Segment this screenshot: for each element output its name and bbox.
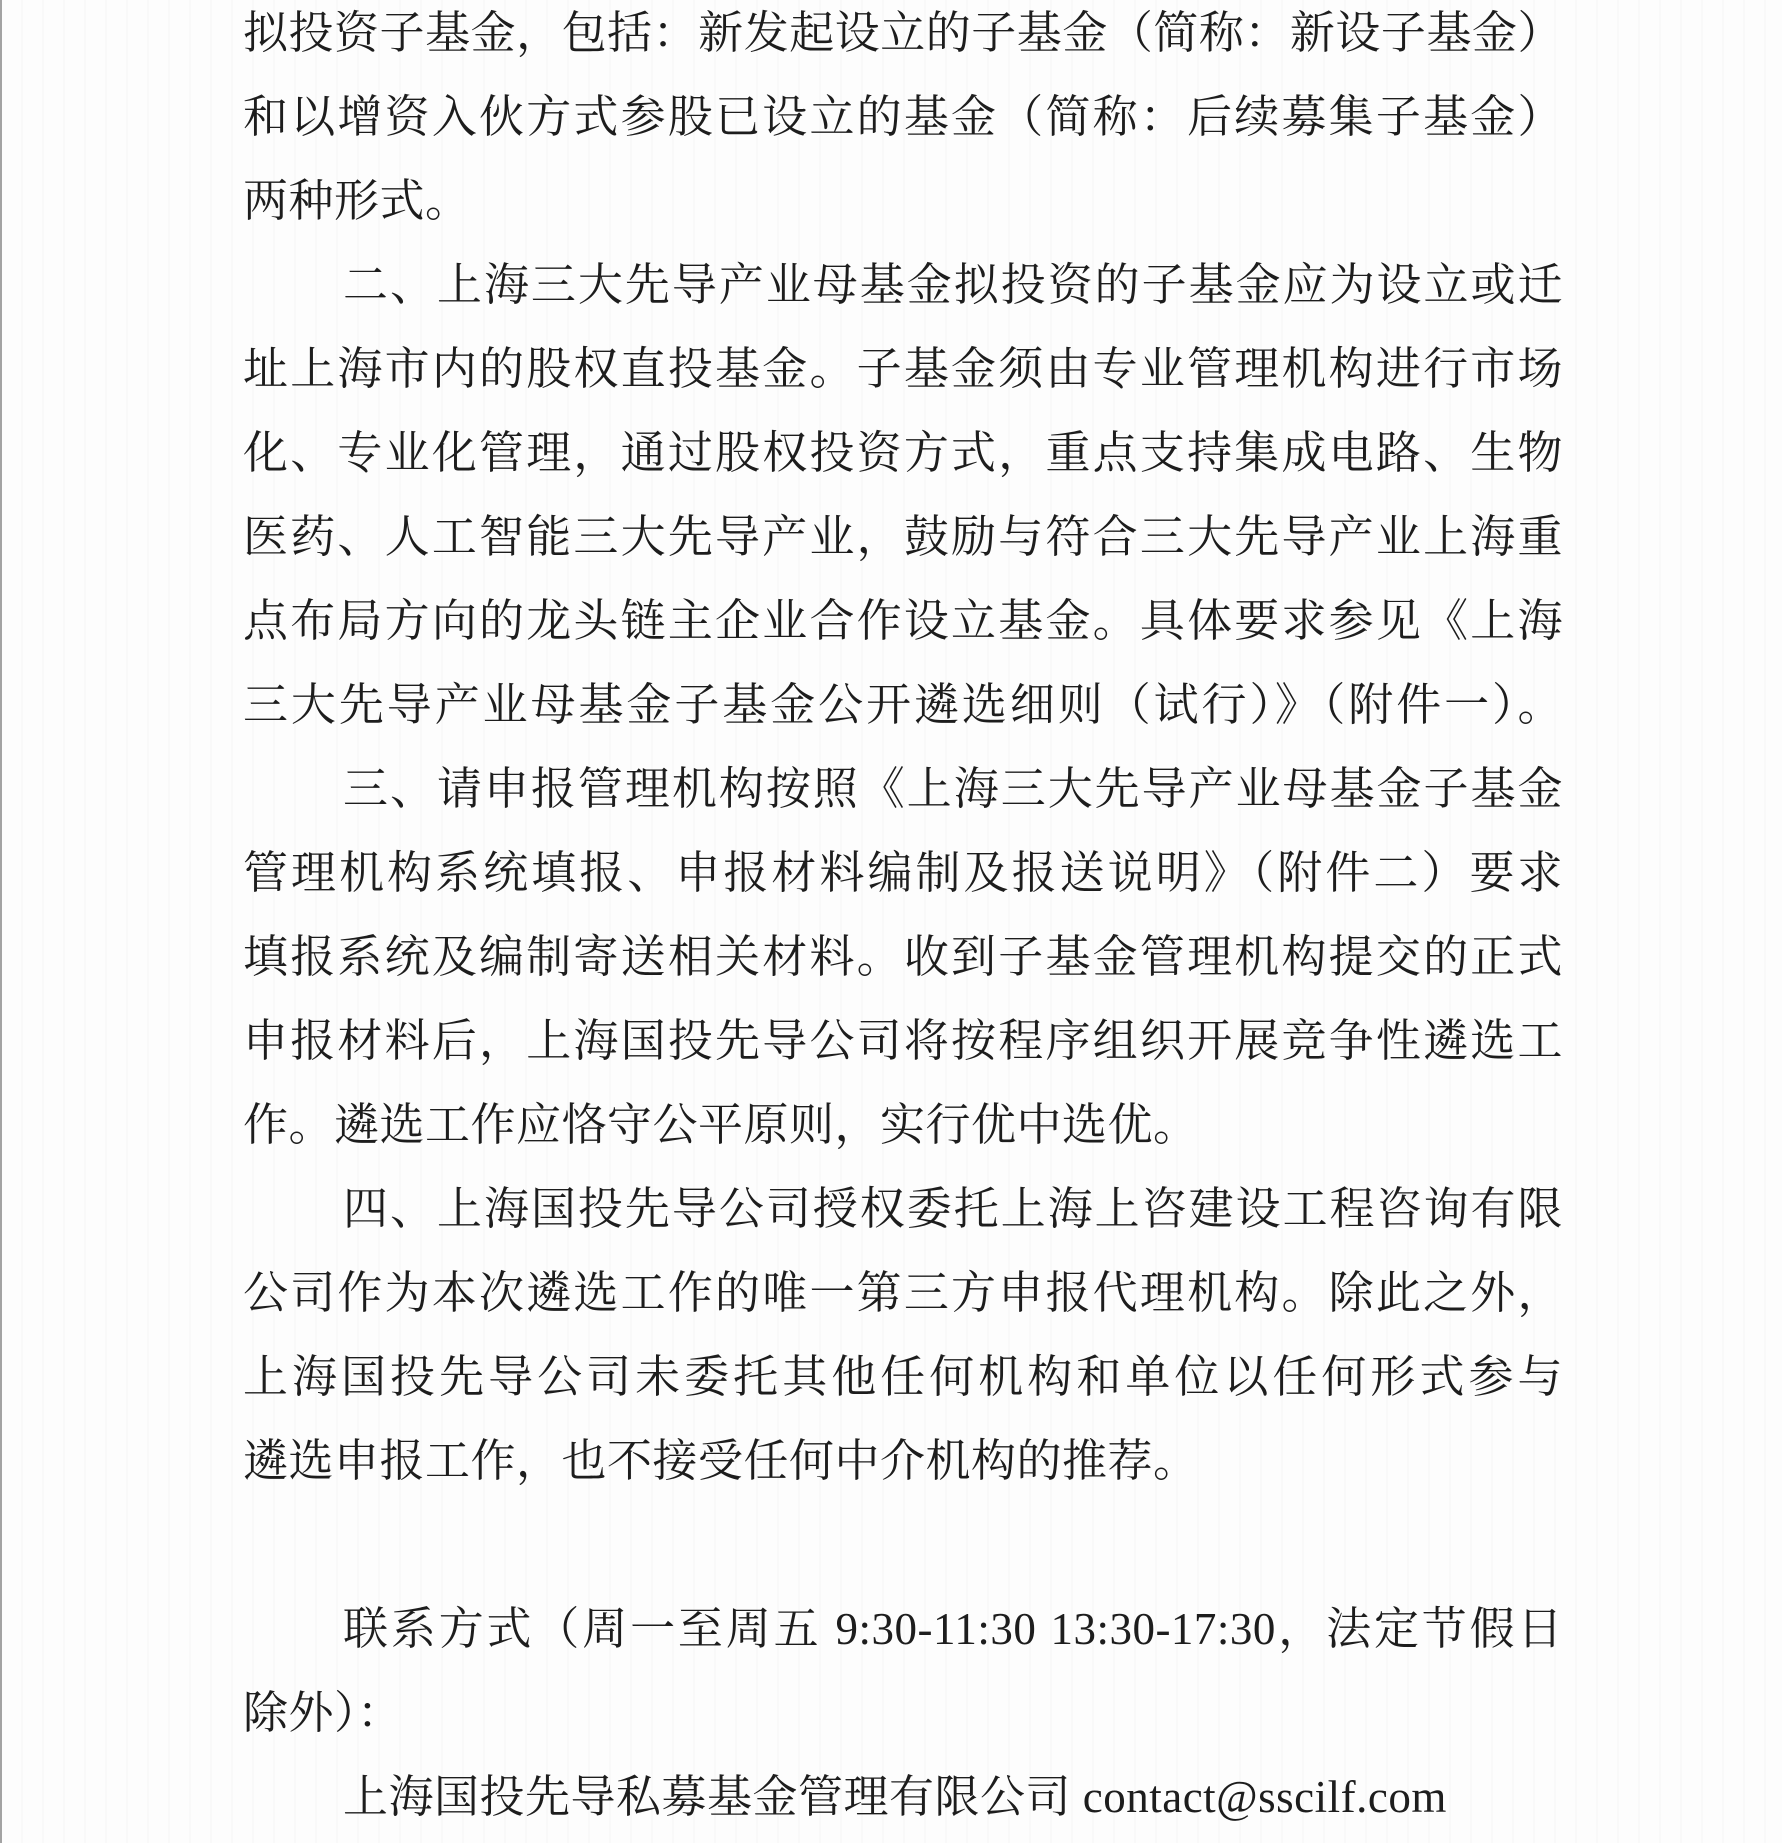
document-text: 拟投资子基金，包括：新发起设立的子基金（简称：新设子基金） 和以增资入伙方式参股…: [243, 0, 1563, 1839]
text-line: 四、上海国投先导公司授权委托上海上咨建设工程咨询有限: [243, 1167, 1563, 1251]
text-line: 申报材料后，上海国投先导公司将按程序组织开展竞争性遴选工: [243, 999, 1563, 1083]
text-line: 址上海市内的股权直投基金。子基金须由专业管理机构进行市场: [243, 327, 1563, 411]
text-line: 作。遴选工作应恪守公平原则，实行优中选优。: [243, 1083, 1563, 1167]
document-page: 拟投资子基金，包括：新发起设立的子基金（简称：新设子基金） 和以增资入伙方式参股…: [0, 0, 1782, 1843]
text-line: 管理机构系统填报、申报材料编制及报送说明》（附件二）要求: [243, 831, 1563, 915]
text-line: 拟投资子基金，包括：新发起设立的子基金（简称：新设子基金）: [243, 0, 1563, 75]
text-line: 两种形式。: [243, 159, 1563, 243]
text-line contact-line: 上海国投先导私募基金管理有限公司 contact@sscilf.com: [243, 1755, 1563, 1839]
text-line: 公司作为本次遴选工作的唯一第三方申报代理机构。除此之外，: [243, 1251, 1563, 1335]
text-line: 遴选申报工作，也不接受任何中介机构的推荐。: [243, 1419, 1563, 1503]
text-line: 上海国投先导公司未委托其他任何机构和单位以任何形式参与: [243, 1335, 1563, 1419]
text-line: 三大先导产业母基金子基金公开遴选细则（试行）》（附件一）。: [243, 663, 1563, 747]
text-line: 填报系统及编制寄送相关材料。收到子基金管理机构提交的正式: [243, 915, 1563, 999]
text-line: 医药、人工智能三大先导产业，鼓励与符合三大先导产业上海重: [243, 495, 1563, 579]
text-line: 点布局方向的龙头链主企业合作设立基金。具体要求参见《上海: [243, 579, 1563, 663]
text-line: 化、专业化管理，通过股权投资方式，重点支持集成电路、生物: [243, 411, 1563, 495]
text-line: 二、上海三大先导产业母基金拟投资的子基金应为设立或迁: [243, 243, 1563, 327]
text-line: 和以增资入伙方式参股已设立的基金（简称：后续募集子基金）: [243, 75, 1563, 159]
scan-edge-line: [0, 0, 2, 1843]
text-line: 三、请申报管理机构按照《上海三大先导产业母基金子基金: [243, 747, 1563, 831]
text-line: 联系方式（周一至周五 9:30-11:30 13:30-17:30，法定节假日: [243, 1587, 1563, 1671]
text-line: 除外）：: [243, 1671, 1563, 1755]
